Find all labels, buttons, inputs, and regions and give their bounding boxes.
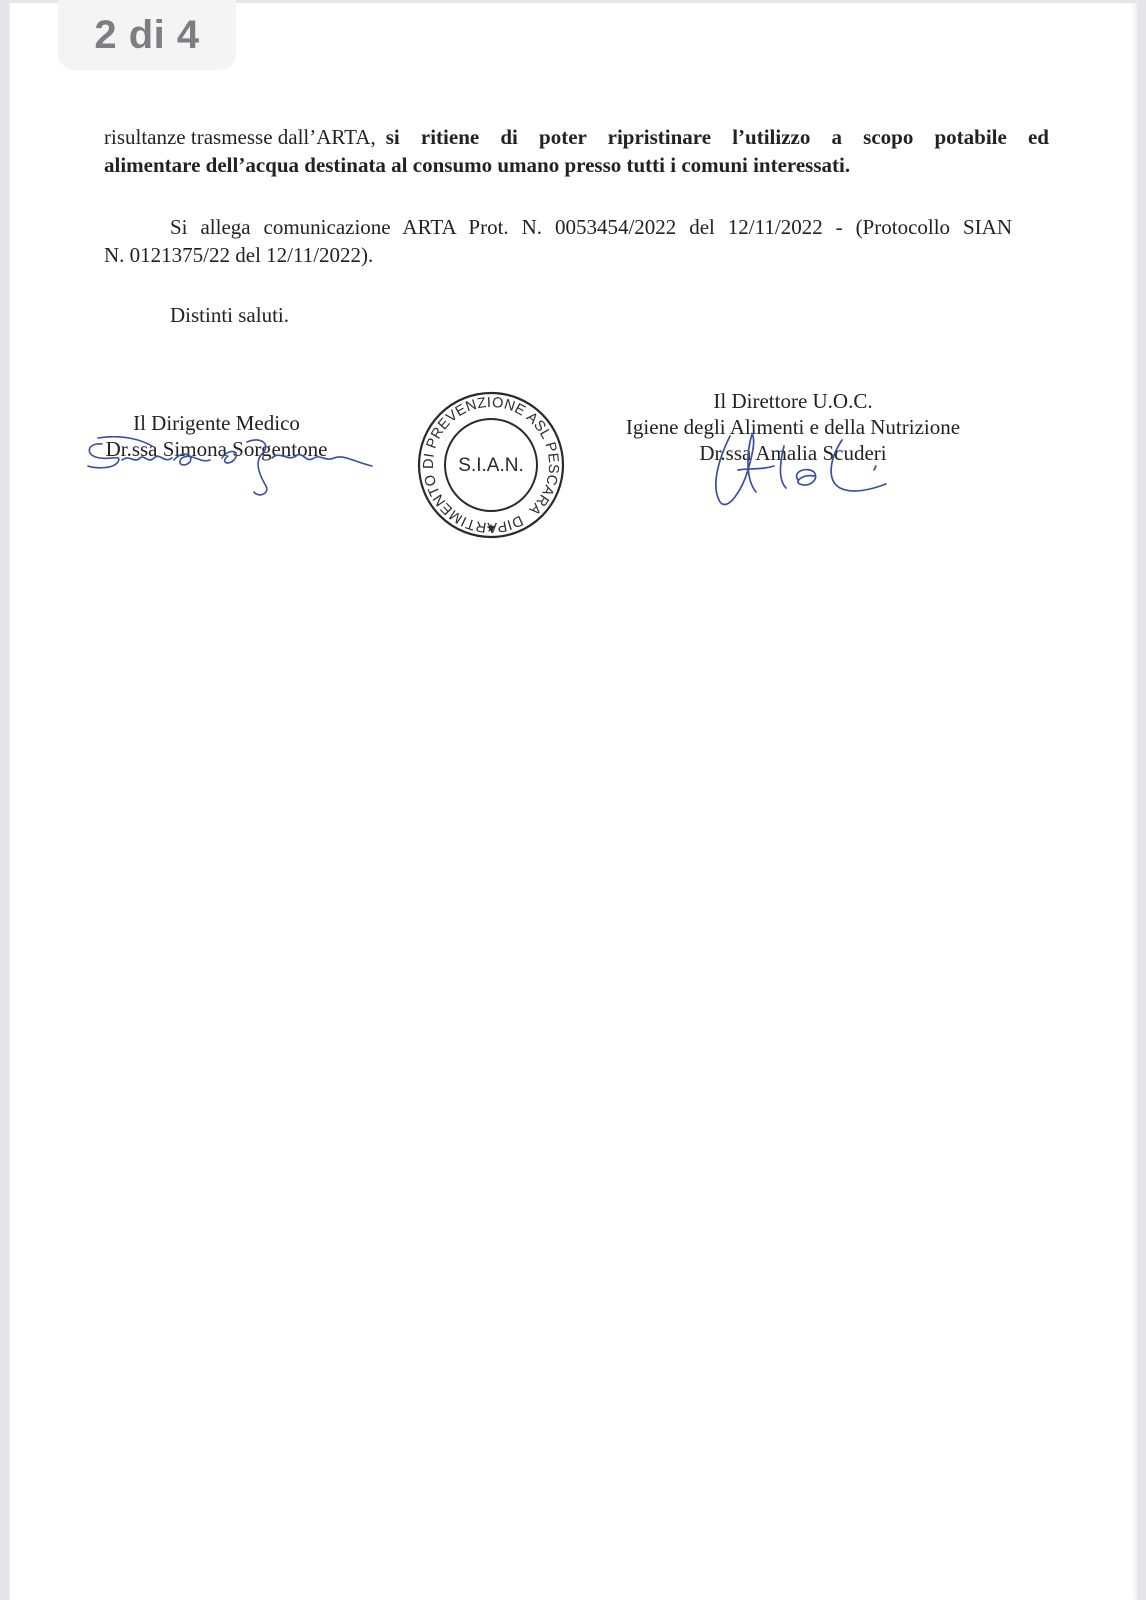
paragraph-1-line-2: alimentare dell’acqua destinata al consu… (104, 151, 850, 179)
stamp-center-text: S.I.A.N. (458, 455, 523, 476)
star-icon: ★ (486, 521, 497, 535)
paragraph-1-line-1: risultanze trasmesse dall’ARTA, si ritie… (104, 123, 1049, 151)
signature-left-handwriting (82, 436, 382, 506)
paragraph-2-line-2: N. 0121375/22 del 12/11/2022). (104, 241, 373, 269)
paragraph-1-bold-text: si ritiene di poter ripristinare l’utili… (386, 123, 1049, 151)
signature-right-handwriting (690, 430, 910, 515)
page-indicator: 2 di 4 (58, 0, 236, 70)
paragraph-1-regular-text: risultanze trasmesse dall’ARTA, (104, 123, 376, 151)
signatory-left-title: Il Dirigente Medico (104, 410, 329, 436)
signatory-right-title: Il Direttore U.O.C. (600, 388, 986, 414)
closing-salutation: Distinti saluti. (170, 301, 289, 329)
sian-stamp: DIPARTIMENTO DI PREVENZIONE ASL PESCARA … (415, 389, 567, 541)
paragraph-2-line-1: Si allega comunicazione ARTA Prot. N. 00… (104, 213, 1012, 241)
